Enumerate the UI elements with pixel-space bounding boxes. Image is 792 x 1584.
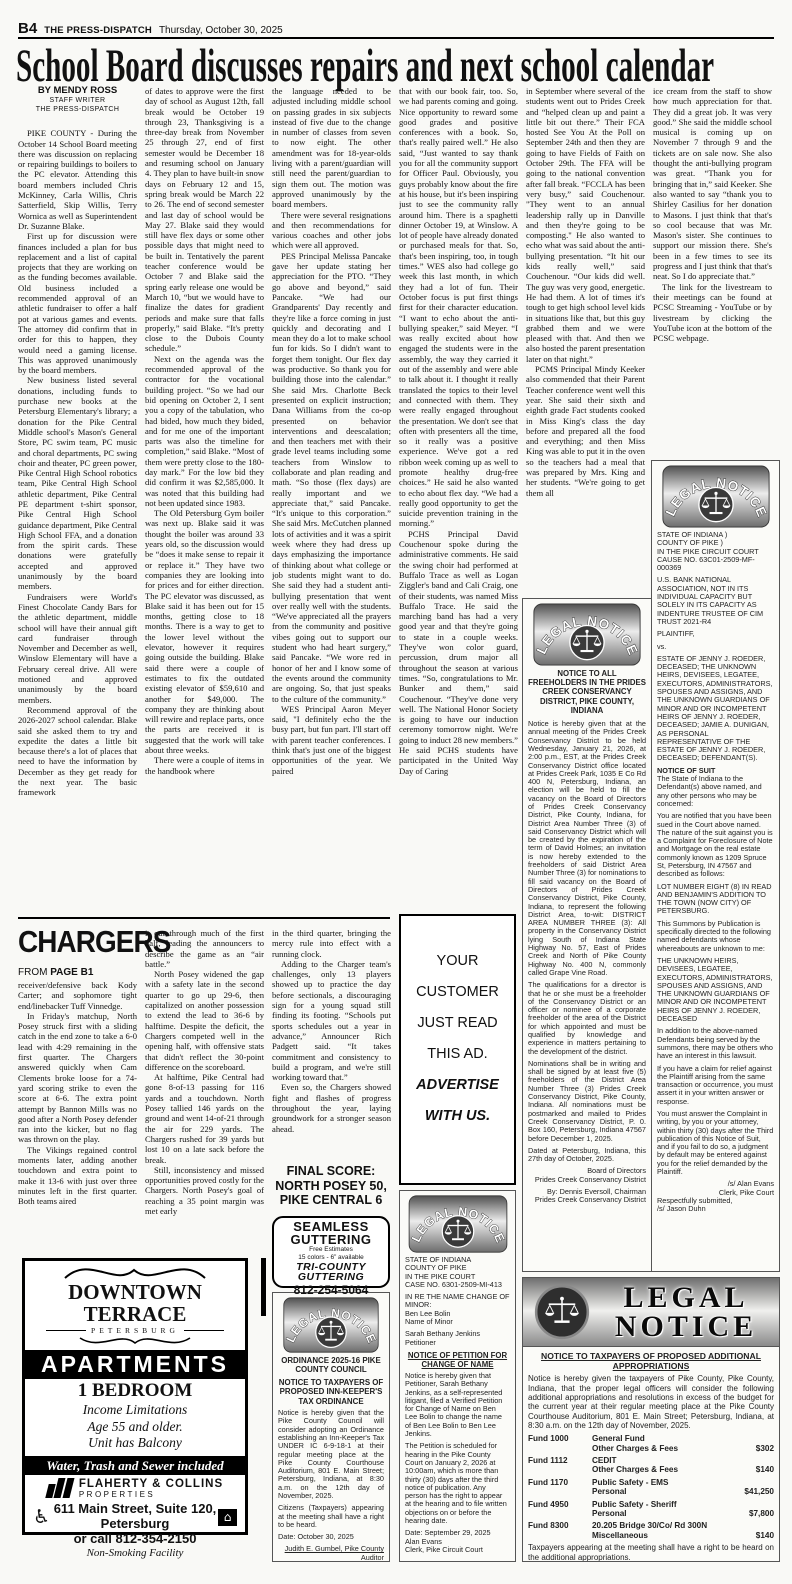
seamless-guttering-ad: SEAMLESS GUTTERING Free Estimates 15 col… bbox=[272, 1216, 390, 1288]
fund-amount: $41,250 bbox=[744, 1487, 774, 1496]
paragraph: Citizens (Taxpayers) appearing at the me… bbox=[278, 1504, 384, 1529]
ad-subtitle: PETERSBURG bbox=[91, 1326, 179, 1335]
paragraph: PCMS Principal Mindy Keeker also commend… bbox=[526, 364, 645, 498]
paragraph: Prides Creek Conservancy District bbox=[528, 1196, 646, 1204]
ad-feature-lines: Income LimitationsAge 55 and older.Unit … bbox=[25, 1402, 245, 1452]
chargers-title: CHARGERS bbox=[18, 924, 135, 960]
legal-notice-logo: LEGAL NOTICE bbox=[533, 603, 641, 666]
paragraph: IN RE THE NAME CHANGE OF MINOR: bbox=[405, 1293, 510, 1310]
column-divider-bar bbox=[261, 1258, 266, 1316]
brand-sub: PROPERTIES bbox=[79, 1490, 223, 1499]
fund-item: Miscellaneous bbox=[592, 1531, 648, 1540]
paragraph: There were several resignations and then… bbox=[272, 210, 391, 251]
fund-item: Personal bbox=[592, 1487, 627, 1496]
byline: BY MENDY ROSS STAFF WRITER THE PRESS-DIS… bbox=[18, 86, 137, 114]
paragraph: ESTATE OF JENNY J. ROEDER, DECEASED; THE… bbox=[657, 655, 774, 763]
clerk-signature: /s/ Alan EvansClerk, Pike Court bbox=[657, 1180, 774, 1197]
ordinance-subtitle: NOTICE TO TAXPAYERS OF PROPOSED INN-KEEP… bbox=[278, 1378, 384, 1406]
fund-amount: $7,800 bbox=[749, 1509, 774, 1518]
fund-id: Fund 1000 bbox=[528, 1434, 592, 1453]
fund-item: Other Charges & Fees bbox=[592, 1444, 678, 1453]
from-page-ref: PAGE B1 bbox=[50, 967, 93, 978]
paragraph: PCHS Principal David Couchenour spoke du… bbox=[399, 529, 518, 776]
fund-name: 20.205 Bridge 30/Co/ Rd 300N bbox=[592, 1521, 774, 1530]
paragraph: Unit has Balcony bbox=[25, 1435, 245, 1452]
paragraph: of dates to approve were the first day o… bbox=[145, 86, 264, 354]
fund-name: General Fund bbox=[592, 1434, 774, 1443]
fund-row: Fund 4950 Public Safety - Sheriff Person… bbox=[528, 1500, 774, 1519]
ad-title: DOWNTOWN TERRACE bbox=[25, 1281, 245, 1325]
paragraph: CAUSE NO. 63C01-2509-MF-000369 bbox=[657, 556, 774, 573]
paragraph: The Old Petersburg Gym boiler was next u… bbox=[145, 508, 264, 755]
paragraph: Clerk, Pike Circuit Court bbox=[405, 1546, 510, 1554]
brand-line-2: GUTTERING bbox=[298, 1271, 364, 1283]
chargers-column-b: it out through much of the first half, l… bbox=[145, 928, 264, 1246]
paragraph: Income Limitations bbox=[25, 1402, 245, 1419]
byline-author: BY MENDY ROSS bbox=[18, 86, 137, 96]
fund-row: Fund 1112 CEDIT Other Charges & Fees$140 bbox=[528, 1456, 774, 1475]
paragraph: At halftime, Pike Central had gone 8-of-… bbox=[145, 1072, 264, 1165]
fund-id: Fund 8300 bbox=[528, 1521, 592, 1540]
article-column-1: BY MENDY ROSS STAFF WRITER THE PRESS-DIS… bbox=[18, 86, 137, 908]
chargers-column-a: receiver/defensive back Kody Carter; and… bbox=[18, 980, 137, 1245]
paragraph: it out through much of the first half, l… bbox=[145, 928, 264, 969]
ad-phone: or call 812-354-2150 bbox=[25, 1531, 245, 1546]
article-column-2: of dates to approve were the first day o… bbox=[145, 86, 264, 908]
fund-amount: $302 bbox=[756, 1444, 774, 1453]
ad-address: 611 Main Street, Suite 120, Petersburg bbox=[25, 1501, 245, 1531]
ad-sub: Free Estimates bbox=[274, 1246, 388, 1254]
column-text: PIKE COUNTY - During the October 14 Scho… bbox=[18, 128, 137, 797]
paragraph: The Vikings regained control moments lat… bbox=[18, 1145, 137, 1207]
paragraph: PES Principal Melissa Pancake gave her u… bbox=[272, 251, 391, 704]
paragraph: Notice is hereby given that the Pike Cou… bbox=[278, 1409, 384, 1500]
auditor-signature: Judith E. Gumbel, Pike County Auditor bbox=[278, 1545, 384, 1562]
petition-title: NOTICE OF PETITION FOR CHANGE OF NAME bbox=[405, 1351, 510, 1369]
appropriations-closing: Taxpayers appearing at the meeting shall… bbox=[528, 1543, 774, 1562]
ad-brand: TRI-COUNTY GUTTERING bbox=[274, 1262, 388, 1282]
fund-row: Fund 1170 Public Safety - EMS Personal$4… bbox=[528, 1478, 774, 1497]
court-caption: STATE OF INDIANACOUNTY OF PIKEIN THE PIK… bbox=[405, 1256, 510, 1289]
ad-subtitle-row: PETERSBURG bbox=[25, 1326, 245, 1335]
paragraph: ice cream from the staff to show how muc… bbox=[653, 86, 772, 282]
appropriations-heading: NOTICE TO TAXPAYERS OF PROPOSED ADDITION… bbox=[528, 1351, 774, 1371]
final-score: FINAL SCORE: NORTH POSEY 50, PIKE CENTRA… bbox=[272, 1164, 390, 1208]
wheelchair-accessible-icon: ♿ bbox=[33, 1506, 50, 1528]
fund-row: Fund 1000 General Fund Other Charges & F… bbox=[528, 1434, 774, 1453]
legal-notice-roeder-suit: LEGAL NOTICE STATE OF INDIANA )COUNTY OF… bbox=[651, 460, 780, 1272]
paragraph: CUSTOMER bbox=[401, 977, 514, 1008]
paragraph: In addition to the above-named Defendant… bbox=[657, 1027, 774, 1060]
bedroom-line: 1 BEDROOM bbox=[25, 1380, 245, 1402]
legal-notice-appropriations: LEGAL NOTICE NOTICE TO TAXPAYERS OF PROP… bbox=[522, 1277, 780, 1562]
ad-copy: YOURCUSTOMERJUST READTHIS AD. bbox=[401, 946, 514, 1070]
paragraph: Next on the agenda was the recommended a… bbox=[145, 354, 264, 508]
paragraph: Adding to the Charger team's challenges,… bbox=[272, 959, 391, 1083]
paragraph: U.S. BANK NATIONAL ASSOCIATION, NOT IN I… bbox=[657, 576, 774, 626]
fund-name: Public Safety - Sheriff bbox=[592, 1500, 774, 1509]
paragraph: /s/ Jason Duhn bbox=[657, 1205, 774, 1213]
fund-item: Other Charges & Fees bbox=[592, 1465, 678, 1474]
notice-by: By: Dennis Eversoll, ChairmanPrides Cree… bbox=[528, 1188, 646, 1205]
submitted-by: Respectfully submitted,/s/ Jason Duhn bbox=[657, 1197, 774, 1214]
paragraph: Name of Minor bbox=[405, 1318, 510, 1326]
paragraph: The qualifications for a director is tha… bbox=[528, 981, 646, 1056]
legal-notice-ordinance: LEGAL NOTICE ORDINANCE 2025-16 PIKE COUN… bbox=[272, 1292, 390, 1562]
fund-row: Fund 8300 20.205 Bridge 30/Co/ Rd 300N M… bbox=[528, 1521, 774, 1540]
parties: U.S. BANK NATIONAL ASSOCIATION, NOT IN I… bbox=[657, 576, 774, 762]
paragraph: LOT NUMBER EIGHT (8) IN READ AND BENJAMI… bbox=[657, 883, 774, 916]
advertise-with-us-ad: YOURCUSTOMERJUST READTHIS AD. ADVERTISEW… bbox=[399, 914, 516, 1185]
byline-role: STAFF WRITER bbox=[18, 97, 137, 106]
appropriations-intro: Notice is hereby given the taxpayers of … bbox=[528, 1374, 774, 1430]
paragraph: Fundraisers were World's Finest Chocolat… bbox=[18, 592, 137, 705]
notice-body: Notice is hereby given that at the annua… bbox=[528, 720, 646, 1163]
page-header: B4 THE PRESS-DISPATCH Thursday, October … bbox=[18, 20, 774, 37]
ad-phone: 812-254-5064 bbox=[274, 1283, 388, 1297]
notice-signoff: Board of DirectorsPrides Creek Conservan… bbox=[528, 1167, 646, 1184]
paragraph: THE UNKNOWN HEIRS, DEVISEES, LEGATEE, EX… bbox=[657, 957, 774, 1023]
article-column-5: in September where several of the studen… bbox=[526, 86, 645, 596]
paragraph: In Friday's matchup, North Posey struck … bbox=[18, 1011, 137, 1145]
paragraph: Petitioner bbox=[405, 1339, 510, 1347]
banner-text: LEGAL NOTICE bbox=[601, 1283, 771, 1341]
byline-paper: THE PRESS-DISPATCH bbox=[18, 106, 137, 115]
paragraph: You are notified that you have been sued… bbox=[657, 812, 774, 878]
flaherty-collins-logo-icon bbox=[47, 1478, 72, 1498]
masthead: THE PRESS-DISPATCH bbox=[44, 25, 152, 36]
notice-body: The State of Indiana to the Defendant(s)… bbox=[657, 775, 774, 1176]
page-date: Thursday, October 30, 2025 bbox=[159, 25, 283, 36]
paragraph: Age 55 and older. bbox=[25, 1419, 245, 1436]
court-caption: STATE OF INDIANA )COUNTY OF PIKE )IN THE… bbox=[657, 531, 774, 572]
banner-word-notice: NOTICE bbox=[601, 1312, 771, 1341]
paragraph: The Petition is scheduled for hearing in… bbox=[405, 1442, 510, 1525]
brand-name: FLAHERTY & COLLINS bbox=[79, 1478, 223, 1490]
newspaper-page: B4 THE PRESS-DISPATCH Thursday, October … bbox=[0, 0, 792, 1584]
paragraph: WES Principal Aaron Meyer said, "I defin… bbox=[272, 704, 391, 776]
paragraph: in September where several of the studen… bbox=[526, 86, 645, 364]
paragraph: WITH US. bbox=[401, 1101, 514, 1132]
paragraph: First up for discussion were finances in… bbox=[18, 231, 137, 375]
paragraph: Notice is hereby given that at the annua… bbox=[528, 720, 646, 977]
paragraph: You must answer the Complaint in writing… bbox=[657, 1110, 774, 1176]
flourish-ornament bbox=[60, 1263, 210, 1281]
ad-note: Non-Smoking Facility bbox=[25, 1547, 245, 1559]
chargers-column-c: in the third quarter, bringing the mercy… bbox=[272, 928, 391, 1160]
paragraph: in the third quarter, bringing the mercy… bbox=[272, 928, 391, 959]
chargers-from-line: FROM PAGE B1 bbox=[18, 967, 148, 978]
fund-item: Personal bbox=[592, 1509, 627, 1518]
from-label: FROM bbox=[18, 967, 50, 978]
legal-notice-prides-creek: LEGAL NOTICE NOTICE TO ALL FREEHOLDERS I… bbox=[522, 598, 652, 1272]
section-rule bbox=[18, 917, 390, 919]
fund-name: CEDIT bbox=[592, 1456, 774, 1465]
paragraph: Nominations shall be in writing and shal… bbox=[528, 1060, 646, 1143]
paragraph: Prides Creek Conservancy District bbox=[528, 1176, 646, 1184]
paragraph: PIKE COUNTY - During the October 14 Scho… bbox=[18, 128, 137, 231]
ad-copy-bold: ADVERTISEWITH US. bbox=[401, 1070, 514, 1132]
paragraph: Dated at Petersburg, Indiana, this 27th … bbox=[528, 1147, 646, 1164]
article-column-3: the language needed to be adjusted inclu… bbox=[272, 86, 391, 908]
downtown-terrace-ad: DOWNTOWN TERRACE PETERSBURG APARTMENTS 1… bbox=[22, 1258, 248, 1535]
banner-word-legal: LEGAL bbox=[601, 1283, 771, 1312]
flourish-ornament bbox=[75, 1335, 195, 1347]
paragraph: Even so, the Chargers showed fight and f… bbox=[272, 1082, 391, 1133]
paragraph: Recommend approval of the 2026-2027 scho… bbox=[18, 705, 137, 798]
legal-notice-name-change: LEGAL NOTICE STATE OF INDIANACOUNTY OF P… bbox=[399, 1190, 516, 1562]
paragraph: vs. bbox=[657, 643, 774, 651]
fund-name: Public Safety - EMS bbox=[592, 1478, 774, 1487]
paragraph: JUST READ bbox=[401, 1008, 514, 1039]
utilities-banner: Water, Trash and Sewer included bbox=[25, 1456, 245, 1475]
paragraph: that with our book fair, too. So, we had… bbox=[399, 86, 518, 529]
legal-notice-banner: LEGAL NOTICE bbox=[523, 1278, 779, 1347]
clerk-signature: Date: September 29, 2025Alan EvansClerk,… bbox=[405, 1529, 510, 1554]
brand-row: FLAHERTY & COLLINS PROPERTIES bbox=[25, 1478, 245, 1499]
paragraph: Still, inconsistency and missed opportun… bbox=[145, 1165, 264, 1216]
paragraph: North Posey widened the gap with a safet… bbox=[145, 969, 264, 1072]
ad-sub-2: 15 colors - 6” available bbox=[274, 1254, 388, 1262]
paragraph: New business listed several donations, i… bbox=[18, 375, 137, 591]
paragraph: THIS AD. bbox=[401, 1039, 514, 1070]
main-headline: School Board discusses repairs and next … bbox=[16, 39, 714, 93]
paragraph: PLAINTIFF, bbox=[657, 630, 774, 638]
article-column-4: that with our book fair, too. So, we had… bbox=[399, 86, 518, 906]
paragraph: receiver/defensive back Kody Carter; and… bbox=[18, 980, 137, 1011]
legal-notice-logo: LEGAL NOTICE bbox=[283, 1297, 379, 1353]
in-re-lines: IN RE THE NAME CHANGE OF MINOR:Ben Lee B… bbox=[405, 1293, 510, 1326]
equal-housing-icon: ⌂ bbox=[218, 1509, 237, 1526]
notice-heading: NOTICE TO ALL FREEHOLDERS IN THE PRIDES … bbox=[528, 669, 646, 715]
paragraph: CASE NO. 6301-2509-MI-413 bbox=[405, 1281, 510, 1289]
ordinance-title: ORDINANCE 2025-16 PIKE COUNTY COUNCIL bbox=[278, 1356, 384, 1375]
chargers-jump-header: CHARGERS FROM PAGE B1 bbox=[18, 924, 148, 978]
fund-id: Fund 4950 bbox=[528, 1500, 592, 1519]
notice-body: Notice is hereby given that the Pike Cou… bbox=[278, 1409, 384, 1541]
fund-amount: $140 bbox=[756, 1531, 774, 1540]
legal-notice-logo: LEGAL NOTICE bbox=[408, 1195, 508, 1253]
article-column-6: ice cream from the staff to show how muc… bbox=[653, 86, 772, 458]
page-number: B4 bbox=[18, 20, 37, 37]
ad-title-2: GUTTERING bbox=[274, 1234, 388, 1247]
fund-amount: $140 bbox=[756, 1465, 774, 1474]
paragraph: This Summons by Publication is specifica… bbox=[657, 920, 774, 953]
paragraph: If you have a claim for relief against t… bbox=[657, 1065, 774, 1106]
fund-id: Fund 1170 bbox=[528, 1478, 592, 1497]
paragraph: the language needed to be adjusted inclu… bbox=[272, 86, 391, 210]
paragraph: The State of Indiana to the Defendant(s)… bbox=[657, 775, 774, 808]
paragraph: There were a couple of items in the hand… bbox=[145, 755, 264, 776]
paragraph: YOUR bbox=[401, 946, 514, 977]
fund-id: Fund 1112 bbox=[528, 1456, 592, 1475]
appropriations-table: Fund 1000 General Fund Other Charges & F… bbox=[528, 1434, 774, 1540]
paragraph: Date: October 30, 2025 bbox=[278, 1533, 384, 1541]
legal-notice-logo: LEGAL NOTICE bbox=[662, 465, 770, 528]
paragraph: Notice is hereby given that Petitioner, … bbox=[405, 1372, 510, 1438]
paragraph: The link for the livestream to their mee… bbox=[653, 282, 772, 344]
notice-body: Notice is hereby given that Petitioner, … bbox=[405, 1372, 510, 1525]
petitioner-lines: Sarah Bethany JenkinsPetitioner bbox=[405, 1330, 510, 1347]
paragraph: ADVERTISE bbox=[401, 1070, 514, 1101]
scales-badge-icon bbox=[531, 1281, 593, 1343]
apartments-banner: APARTMENTS bbox=[25, 1350, 245, 1379]
